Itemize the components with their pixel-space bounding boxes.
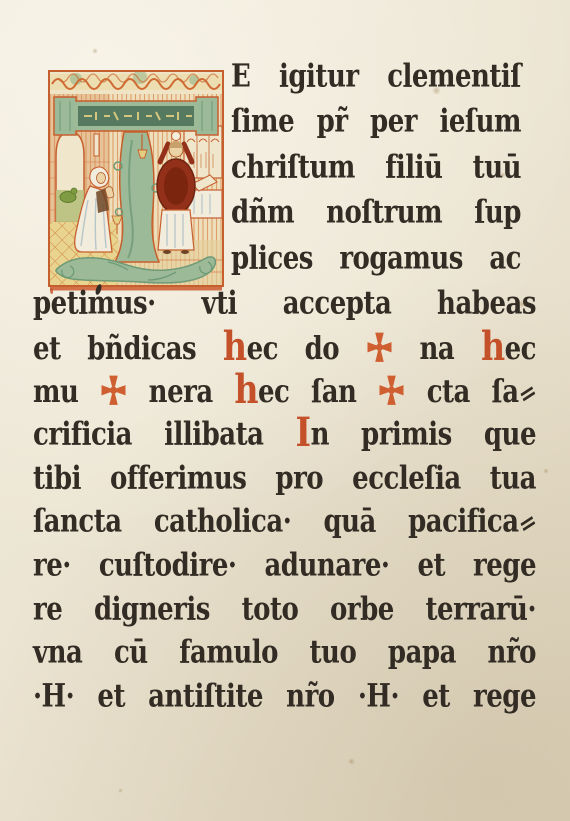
text-segment: crificia illibata: [33, 417, 296, 454]
initial-letter-T: [48, 70, 224, 292]
text-segment: E igitur clementiſ: [231, 59, 521, 96]
text-segment: chriſtum filiū tuū: [231, 150, 521, 187]
rubric-letter: h: [481, 322, 505, 370]
cross-pattee-icon: [379, 375, 404, 406]
text-line-beside-2: ſime pr̃ per ieſum: [231, 106, 521, 145]
woodcut-initial-T: [48, 70, 224, 292]
fox-spot: [500, 172, 506, 178]
fox-spot: [348, 758, 355, 765]
text-segment: cta ſa: [405, 374, 518, 411]
text-segment: re digneris toto orbe terrarū·: [33, 592, 536, 629]
fox-spot: [92, 48, 98, 54]
text-segment: ·H· et antiſtite nr̃o ·H· et rege: [33, 679, 536, 716]
fox-spot: [543, 468, 549, 474]
text-line-beside-4: dñm noſtrum ſup: [231, 197, 521, 236]
text-segment: tibi offerimus pro eccleſia tua: [33, 461, 536, 498]
text-line-full-7: re· cuſtodire· adunare· et rege: [33, 550, 536, 589]
text-segment: ec do: [247, 331, 366, 368]
text-segment: ec: [505, 331, 536, 368]
text-segment: et bñdicas: [33, 331, 223, 368]
text-segment: ſancta catholica· quā pacifica: [33, 504, 519, 541]
text-line-full-4: crificia illibata In primis que: [33, 419, 536, 458]
rubric-letter: I: [296, 408, 311, 456]
fox-spot: [118, 788, 123, 793]
text-line-full-6: ſancta catholica· quā pacifica=: [33, 506, 536, 545]
text-line-full-2: et bñdicas hec do na hec: [33, 332, 536, 371]
text-segment: mu: [33, 374, 100, 411]
text-segment: petimus· vti accepta habeas: [33, 286, 536, 323]
cross-pattee-icon: [367, 332, 392, 363]
fox-spot: [432, 86, 441, 95]
text-segment: nera: [127, 374, 234, 411]
text-line-full-5: tibi offerimus pro eccleſia tua: [33, 463, 536, 502]
text-segment: ec ſan: [258, 374, 378, 411]
text-line-beside-1: E igitur clementiſ: [231, 61, 521, 100]
fox-spot: [518, 300, 526, 308]
text-segment: dñm noſtrum ſup: [231, 195, 521, 232]
cross-pattee-icon: [101, 375, 126, 406]
text-line-full-8: re digneris toto orbe terrarū·: [33, 594, 536, 633]
text-segment: plices rogamus ac: [231, 241, 521, 278]
text-segment: n primis que: [311, 417, 536, 454]
text-line-full-3: mu nera hec ſan cta ſa=: [33, 375, 536, 414]
text-segment: re· cuſtodire· adunare· et rege: [33, 548, 536, 585]
text-line-full-1: petimus· vti accepta habeas: [33, 288, 536, 327]
rubric-letter: h: [223, 322, 247, 370]
text-line-full-9: vna cū famulo tuo papa nr̃o: [33, 637, 536, 676]
text-line-beside-3: chriſtum filiū tuū: [231, 152, 521, 191]
text-segment: vna cū famulo tuo papa nr̃o: [33, 635, 536, 672]
manuscript-page: E igitur clementiſſime pr̃ per ieſumchri…: [0, 0, 570, 821]
rubric-letter: h: [234, 365, 258, 413]
text-segment: ſime pr̃ per ieſum: [231, 104, 521, 141]
text-line-beside-5: plices rogamus ac: [231, 243, 521, 282]
text-line-full-10: ·H· et antiſtite nr̃o ·H· et rege: [33, 681, 536, 720]
text-segment: na: [393, 331, 481, 368]
